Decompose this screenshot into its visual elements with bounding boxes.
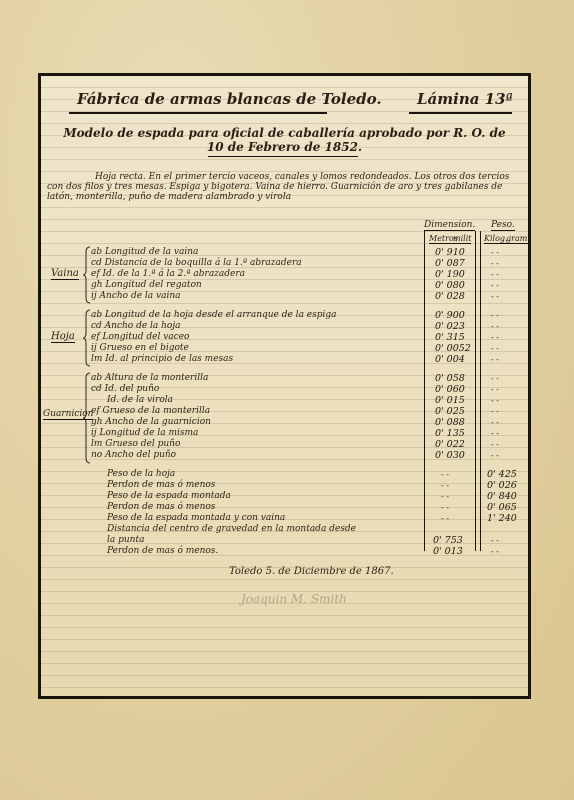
weight-header: Peso.: [491, 220, 515, 231]
dimension-value: 0' 023: [435, 321, 465, 332]
subtitle-underline: [208, 156, 358, 157]
weight-row-label: la punta: [107, 535, 144, 545]
weight-value: - -: [491, 355, 499, 364]
row-label: no Ancho del puño: [91, 450, 176, 460]
weight-row-label: Peso de la espada montada: [107, 491, 231, 501]
dimension-value: 0' 087: [435, 258, 465, 269]
row-label: ef Id. de la 1.ª á la 2.ª abrazadera: [91, 269, 245, 279]
dimension-value: 0' 753: [433, 535, 463, 546]
model-subtitle-line1: Modelo de espada para oficial de caballe…: [41, 126, 528, 140]
row-label: ij Longitud de la misma: [91, 428, 198, 438]
dimension-value: 0' 080: [435, 280, 465, 291]
weight-value: 0' 840: [487, 491, 517, 502]
row-label: ij Grueso en el bigote: [91, 343, 189, 353]
dimension-value: 0' 022: [435, 439, 465, 450]
weight-value: 0' 425: [487, 469, 517, 480]
dimension-value: 0' 013: [433, 546, 463, 557]
brace-hoja: [83, 309, 91, 367]
weight-value: 0' 026: [487, 480, 517, 491]
row-label: ab Longitud de la hoja desde el arranque…: [91, 310, 337, 320]
row-label: lm Grueso del puño: [91, 439, 180, 449]
weight-value: - -: [491, 374, 499, 383]
weight-value: - -: [491, 344, 499, 353]
row-label: cd Ancho de la hoja: [91, 321, 181, 331]
dimension-value: 0' 060: [435, 384, 465, 395]
document-sheet: Fábrica de armas blancas de Toledo. Lámi…: [38, 73, 531, 699]
weight-value: - -: [491, 429, 499, 438]
row-label: lm Id. al principio de las mesas: [91, 354, 233, 364]
weight-value: 1' 240: [487, 513, 517, 524]
dimension-value: 0' 004: [435, 354, 465, 365]
dimension-value: - -: [441, 503, 449, 512]
row-label: ab Altura de la monterilla: [91, 373, 208, 383]
brace-vaina: [83, 246, 91, 304]
weight-value: - -: [491, 248, 499, 257]
weight-row-label: Distancia del centro de gravedad en la m…: [107, 524, 356, 534]
place-date: Toledo 5. de Diciembre de 1867.: [229, 566, 394, 577]
weight-value: - -: [491, 440, 499, 449]
model-subtitle-line2: 10 de Febrero de 1852.: [41, 140, 528, 154]
weight-row-label: Peso de la hoja: [107, 469, 175, 479]
weight-sub-gram: gram.: [506, 234, 530, 244]
dimension-sub-milit: milit: [453, 234, 471, 244]
weight-value: - -: [491, 292, 499, 301]
row-label: Id. de la virola: [107, 395, 173, 405]
dimension-value: 0' 0052: [435, 343, 471, 354]
dimension-value: 0' 190: [435, 269, 465, 280]
weight-value: - -: [491, 259, 499, 268]
dimension-value: - -: [441, 470, 449, 479]
sword-description: Hoja recta. En el primer tercio vaceos, …: [47, 172, 525, 202]
weight-row-label: Perdon de mas ó menos.: [107, 546, 218, 556]
weight-value: 0' 065: [487, 502, 517, 513]
weight-value: - -: [491, 270, 499, 279]
signature: Joaquin M. Smith: [241, 592, 347, 606]
dimension-value: 0' 900: [435, 310, 465, 321]
row-label: ab Longitud de la vaina: [91, 247, 198, 257]
weight-sub-kilog: Kilog.: [484, 234, 508, 244]
column-rule-dim-right: [475, 231, 476, 551]
section-label-hoja: Hoja: [51, 331, 75, 343]
weight-value: - -: [491, 311, 499, 320]
weight-value: - -: [491, 418, 499, 427]
dimension-value: 0' 088: [435, 417, 465, 428]
dimension-value: - -: [441, 514, 449, 523]
dimension-value: 0' 058: [435, 373, 465, 384]
weight-value: - -: [491, 333, 499, 342]
row-label: cd Distancia de la boquilla á la 1.ª abr…: [91, 258, 302, 268]
weight-value: - -: [491, 547, 499, 556]
weight-value: - -: [491, 322, 499, 331]
weight-value: - -: [491, 385, 499, 394]
plate-underline: [409, 112, 512, 114]
dimension-header: Dimension.: [424, 220, 475, 231]
row-label: gh Ancho de la guarnicion: [91, 417, 211, 427]
dimension-value: 0' 135: [435, 428, 465, 439]
dimension-value: 0' 015: [435, 395, 465, 406]
plate-number: Lámina 13ª: [417, 90, 513, 108]
weight-row-label: Peso de la espada montada y con vaina: [107, 513, 285, 523]
row-label: cd Id. del puño: [91, 384, 159, 394]
row-label: gh Longitud del regaton: [91, 280, 202, 290]
dimension-value: 0' 028: [435, 291, 465, 302]
weight-value: - -: [491, 396, 499, 405]
dimension-value: 0' 315: [435, 332, 465, 343]
title-underline: [69, 112, 327, 114]
weight-value: - -: [491, 536, 499, 545]
column-rule-weight-left: [480, 231, 481, 551]
row-label: ef Grueso de la monterilla: [91, 406, 210, 416]
weight-row-label: Perdon de mas ó menos: [107, 480, 215, 490]
weight-value: - -: [491, 407, 499, 416]
dimension-value: - -: [441, 492, 449, 501]
brace-guarnicion: [83, 372, 91, 464]
section-label-vaina: Vaina: [51, 268, 79, 280]
factory-title: Fábrica de armas blancas de Toledo.: [77, 90, 382, 108]
weight-value: - -: [491, 281, 499, 290]
dimension-value: 0' 030: [435, 450, 465, 461]
dimension-value: 0' 910: [435, 247, 465, 258]
column-rule-dim-left: [424, 231, 425, 551]
dimension-value: 0' 025: [435, 406, 465, 417]
dimension-value: - -: [441, 481, 449, 490]
row-label: ef Longitud del vaceo: [91, 332, 189, 342]
row-label: ij Ancho de la vaina: [91, 291, 181, 301]
weight-row-label: Perdon de mas ó menos: [107, 502, 215, 512]
weight-value: - -: [491, 451, 499, 460]
